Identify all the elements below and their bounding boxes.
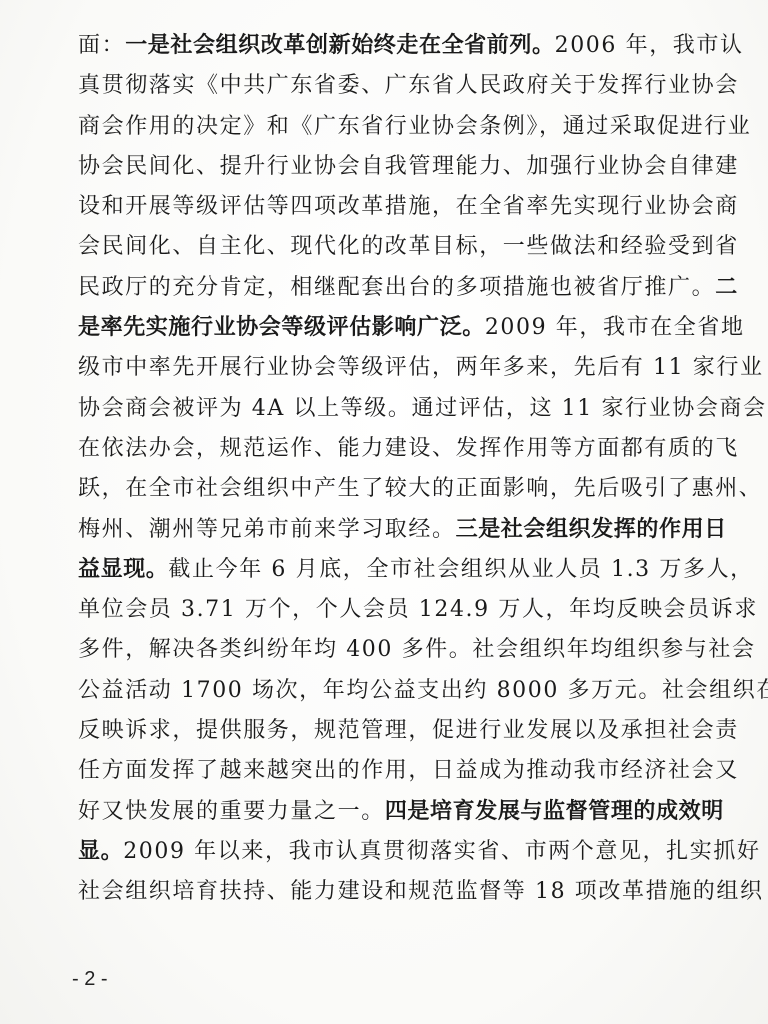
bold-heading-text: 二 [715, 275, 738, 300]
text-line: 真贯彻落实《中共广东省委、广东省人民政府关于发挥行业协会 [78, 66, 694, 106]
bold-heading-text: 显。 [78, 839, 123, 864]
body-text: 面：一是社会组织改革创新始终走在全省前列。2006 年，我市认真贯彻落实《中共广… [78, 26, 694, 913]
body-text-segment: 任方面发挥了越来越突出的作用，日益成为推动我市经济社会又 [78, 758, 739, 783]
body-text-segment: 在依法办会，规范运作、能力建设、发挥作用等方面都有质的飞 [78, 436, 739, 461]
body-text-segment: 协会民间化、提升行业协会自我管理能力、加强行业协会自律建 [78, 154, 739, 179]
text-line: 是率先实施行业协会等级评估影响广泛。2009 年，我市在全省地 [78, 308, 694, 348]
text-line: 单位会员 3.71 万个，个人会员 124.9 万人，年均反映会员诉求 1400 [78, 590, 694, 630]
text-line: 级市中率先开展行业协会等级评估，两年多来，先后有 11 家行业 [78, 348, 694, 388]
body-text-segment: 商会作用的决定》和《广东省行业协会条例》，通过采取促进行业 [78, 114, 751, 139]
body-text-segment: 2009 年以来，我市认真贯彻落实省、市两个意见，扎实抓好 [123, 839, 760, 864]
body-text-segment: 2009 年，我市在全省地 [485, 315, 745, 340]
text-line: 多件，解决各类纠纷年均 400 多件。社会组织年均组织参与社会 [78, 630, 694, 670]
body-text-segment: 公益活动 1700 场次，年均公益支出约 8000 多万元。社会组织在 [78, 678, 768, 703]
text-line: 设和开展等级评估等四项改革措施，在全省率先实现行业协会商 [78, 187, 694, 227]
body-text-segment: 2006 年，我市认 [555, 33, 744, 58]
text-line: 在依法办会，规范运作、能力建设、发挥作用等方面都有质的飞 [78, 429, 694, 469]
body-text-segment: 面： [78, 33, 125, 58]
text-line: 跃，在全市社会组织中产生了较大的正面影响，先后吸引了惠州、 [78, 469, 694, 509]
bold-heading-text: 益显现。 [78, 557, 168, 582]
body-text-segment: 设和开展等级评估等四项改革措施，在全省率先实现行业协会商 [78, 194, 739, 219]
text-line: 好又快发展的重要力量之一。四是培育发展与监督管理的成效明 [78, 792, 694, 832]
text-line: 面：一是社会组织改革创新始终走在全省前列。2006 年，我市认 [78, 26, 694, 66]
text-line: 反映诉求，提供服务，规范管理，促进行业发展以及承担社会责 [78, 711, 694, 751]
body-text-segment: 会民间化、自主化、现代化的改革目标，一些做法和经验受到省 [78, 234, 739, 259]
body-text-segment: 单位会员 3.71 万个，个人会员 124.9 万人，年均反映会员诉求 1400 [78, 597, 768, 622]
text-line: 协会民间化、提升行业协会自我管理能力、加强行业协会自律建 [78, 147, 694, 187]
body-text-segment: 跃，在全市社会组织中产生了较大的正面影响，先后吸引了惠州、 [78, 476, 762, 501]
bold-heading-text: 一是社会组织改革创新始终走在全省前列。 [125, 33, 554, 58]
body-text-segment: 级市中率先开展行业协会等级评估，两年多来，先后有 11 家行业 [78, 355, 764, 380]
text-line: 梅州、潮州等兄弟市前来学习取经。三是社会组织发挥的作用日 [78, 510, 694, 550]
body-text-segment: 真贯彻落实《中共广东省委、广东省人民政府关于发挥行业协会 [78, 73, 739, 98]
body-text-segment: 截止今年 6 月底，全市社会组织从业人员 1.3 万多人， [168, 557, 753, 582]
body-text-segment: 好又快发展的重要力量之一。 [78, 799, 385, 824]
bold-heading-text: 是率先实施行业协会等级评估影响广泛。 [78, 315, 485, 340]
body-text-segment: 社会组织培育扶持、能力建设和规范监督等 18 项改革措施的组织 [78, 879, 764, 904]
text-line: 显。2009 年以来，我市认真贯彻落实省、市两个意见，扎实抓好 [78, 832, 694, 872]
body-text-segment: 民政厅的充分肯定，相继配套出台的多项措施也被省厅推广。 [78, 275, 715, 300]
text-line: 协会商会被评为 4A 以上等级。通过评估，这 11 家行业协会商会 [78, 389, 694, 429]
body-text-segment: 协会商会被评为 4A 以上等级。通过评估，这 11 家行业协会商会 [78, 396, 767, 421]
text-line: 会民间化、自主化、现代化的改革目标，一些做法和经验受到省 [78, 227, 694, 267]
text-line: 社会组织培育扶持、能力建设和规范监督等 18 项改革措施的组织 [78, 872, 694, 912]
text-line: 民政厅的充分肯定，相继配套出台的多项措施也被省厅推广。二 [78, 268, 694, 308]
text-line: 商会作用的决定》和《广东省行业协会条例》，通过采取促进行业 [78, 107, 694, 147]
text-line: 任方面发挥了越来越突出的作用，日益成为推动我市经济社会又 [78, 751, 694, 791]
text-line: 公益活动 1700 场次，年均公益支出约 8000 多万元。社会组织在 [78, 671, 694, 711]
page-number: - 2 - [72, 968, 108, 991]
body-text-segment: 反映诉求，提供服务，规范管理，促进行业发展以及承担社会责 [78, 718, 739, 743]
bold-heading-text: 三是社会组织发挥的作用日 [456, 517, 727, 542]
document-page: 面：一是社会组织改革创新始终走在全省前列。2006 年，我市认真贯彻落实《中共广… [0, 0, 768, 1024]
body-text-segment: 多件，解决各类纠纷年均 400 多件。社会组织年均组织参与社会 [78, 637, 756, 662]
body-text-segment: 梅州、潮州等兄弟市前来学习取经。 [78, 517, 456, 542]
bold-heading-text: 四是培育发展与监督管理的成效明 [385, 799, 724, 824]
text-line: 益显现。截止今年 6 月底，全市社会组织从业人员 1.3 万多人， [78, 550, 694, 590]
